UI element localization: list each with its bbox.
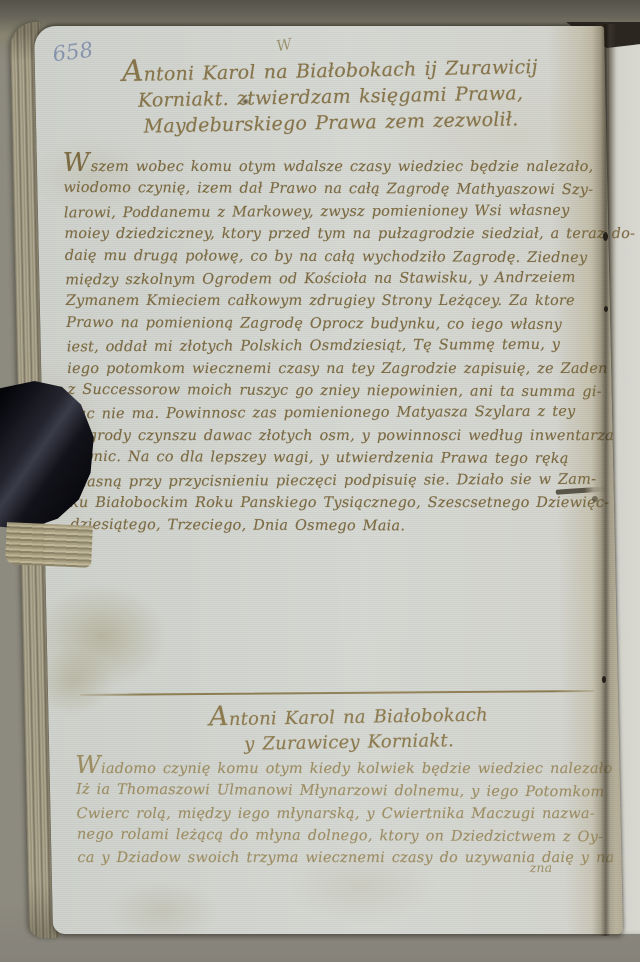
text-line: Iż ia Thomaszowi Ulmanowi Młynarzowi dol…	[76, 779, 606, 804]
text-line: moiey dziedziczney, ktory przed tym na p…	[64, 223, 588, 245]
text-line: daię mu drugą połowę, co by na całą wych…	[65, 244, 589, 269]
manuscript-photo: 658 W Antoni Karol na Białobokach ij Zur…	[0, 0, 640, 962]
text-line: Prawo na pomienioną Zagrodę Oprocz budyn…	[66, 312, 590, 337]
text-line: Zagrody czynszu dawac złotych osm, y pow…	[68, 425, 592, 447]
book-fore-edge	[5, 522, 93, 568]
text-line: iego potomkom wiecznemi czasy na tey Zag…	[67, 358, 591, 380]
text-line: między szkolnym Ogrodem od Kościoła na S…	[65, 267, 590, 292]
text-line: dziesiątego, Trzeciego, Dnia Osmego Maia…	[70, 513, 594, 538]
text-line: Wszem wobec komu otym wdalsze czasy wied…	[63, 152, 588, 178]
text-line: ca y Dziadow swoich trzyma wiecznemi cza…	[77, 847, 607, 869]
text-line: czynic. Na co dla lepszey wagi, y utwier…	[69, 446, 593, 471]
entry1-body: Wszem wobec komu otym wdalsze czasy wied…	[63, 152, 595, 537]
text-line: z Successorow moich ruszyc go zniey niep…	[67, 379, 591, 404]
margin-ink-dot	[592, 496, 598, 502]
text-line: Wiadomo czynię komu otym kiedy kolwiek b…	[75, 754, 606, 780]
text-line: nego rolami leżącą do młyna dolnego, kto…	[77, 824, 607, 849]
entry1-heading: Antoni Karol na Białobokach ij Zurawicij…	[93, 54, 569, 136]
text-line: Zymanem Kmieciem całkowym zdrugiey Stron…	[66, 290, 590, 312]
text-line: wiodomo czynię, izem dał Prawo na całą Z…	[63, 177, 587, 202]
page-number: 658	[51, 38, 95, 67]
text-line: nąc nie ma. Powinnosc zas pomienionego M…	[68, 401, 593, 426]
section-divider-rule	[80, 690, 594, 696]
text-line: Cwierc rolą, między iego młynarską, y Cw…	[76, 803, 606, 825]
text-line: larowi, Poddanemu z Markowey, zwysz pomi…	[64, 199, 589, 224]
catchword: zna	[529, 860, 552, 875]
entry2-body: Wiadomo czynię komu otym kiedy kolwiek b…	[75, 754, 607, 869]
entry2-heading: Antoni Karol na Białobokachy Zurawicey K…	[158, 702, 539, 755]
top-margin-mark: W	[275, 35, 294, 55]
manuscript-page: 658 W Antoni Karol na Białobokach ij Zur…	[34, 26, 623, 934]
text-line: własną przy przycisnieniu pieczęci podpi…	[69, 468, 594, 493]
text-line: ku Białobockim Roku Panskiego Tysiączneg…	[70, 492, 594, 514]
text-line: iest, oddał mi złotych Polskich Osmdzies…	[66, 334, 591, 359]
